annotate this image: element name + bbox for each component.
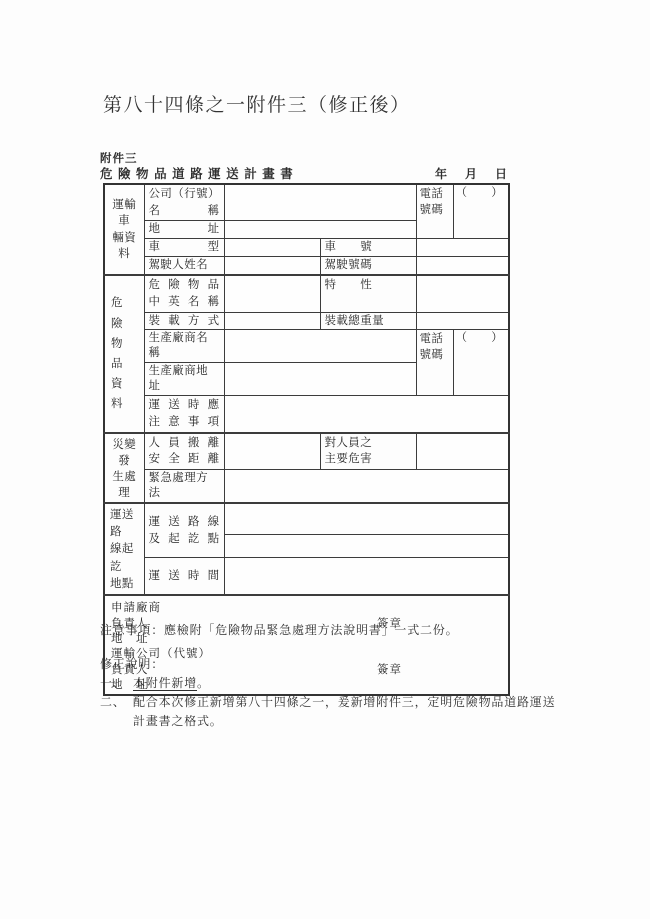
- seal-label-2: 簽章: [377, 663, 402, 678]
- cell-driver-name-value: [224, 257, 320, 275]
- date-placeholder: 年 月 日: [435, 165, 510, 182]
- amendment-heading: 修正說明：: [100, 655, 164, 672]
- footer-note: 注意事項：應檢附「危險物品緊急處理方法說明書」一式二份。: [100, 621, 458, 638]
- cell-evacuation-value: [224, 433, 320, 470]
- amendment-item-2: 二、 配合本次修正新增第八十四條之一，爰新增附件三，定明危險物品道路運送 計畫書…: [100, 693, 555, 730]
- cell-main-hazard-value: [416, 433, 509, 470]
- form-header: 危 險 物 品 道 路 運 送 計 畫 書 年 月 日: [100, 164, 510, 182]
- cell-maker-address-label: 生產廠商地址: [144, 363, 224, 396]
- section-header-route: 運送路 線起訖 地點: [104, 503, 144, 595]
- cell-dg-name-value: [224, 275, 320, 312]
- cell-vehicle-no-value: [416, 239, 509, 257]
- cell-company-name-label: 公司（行號） 名 稱: [144, 184, 224, 221]
- cell-route-label: 運 送 路 線 及 起 訖 點: [144, 503, 224, 558]
- cell-address-value: [224, 221, 416, 239]
- cell-phone-value-2: （ ）: [453, 330, 509, 396]
- cell-transport-time-label: 運 送 時 間: [144, 558, 224, 595]
- cell-phone-label-2: 電話 號碼: [416, 330, 453, 396]
- scanned-form-page: 第八十四條之一附件三（修正後） 附件三 危 險 物 品 道 路 運 送 計 畫 …: [0, 0, 650, 919]
- cell-maker-name-label: 生產廠商名稱: [144, 330, 224, 363]
- section-header-disaster-handling: 災變發 生處理: [104, 433, 144, 503]
- cell-property-value: [416, 275, 509, 312]
- cell-transport-time-value: [224, 558, 509, 595]
- section-header-dangerous-goods: 危 險 物 品 資 料: [104, 275, 144, 432]
- cell-vehicle-no-label: 車 號: [320, 239, 416, 257]
- cell-evacuation-label: 人 員 搬 離 安 全 距 離: [144, 433, 224, 470]
- cell-main-hazard-label: 對人員之 主要危害: [320, 433, 416, 470]
- cell-loading-method-value: [224, 312, 320, 330]
- cell-loading-weight-value: [416, 312, 509, 330]
- transport-company-line: 運輸公司（代號）: [111, 647, 502, 662]
- cell-loading-weight-label: 裝載總重量: [320, 312, 416, 330]
- cell-driver-no-value: [416, 257, 509, 275]
- cell-address-label: 地 址: [144, 221, 224, 239]
- cell-transport-notes-value: [224, 396, 509, 433]
- cell-vehicle-type-label: 車 型: [144, 239, 224, 257]
- cell-property-label: 特 性: [320, 275, 416, 312]
- cell-vehicle-type-value: [224, 239, 320, 257]
- page-title: 第八十四條之一附件三（修正後）: [103, 90, 411, 117]
- cell-phone-value-1: （ ）: [453, 184, 509, 239]
- cell-transport-notes-label: 運 送 時 應 注 意 事 項: [144, 396, 224, 433]
- cell-phone-label-1: 電話 號碼: [416, 184, 453, 239]
- cell-company-name-value: [224, 184, 416, 221]
- section-header-vehicle-info: 運輸車 輛資料: [104, 184, 144, 275]
- cell-driver-no-label: 駕駛號碼: [320, 257, 416, 275]
- transport-plan-table: 運輸車 輛資料 公司（行號） 名 稱 電話 號碼 （ ） 地 址 車: [103, 183, 510, 696]
- cell-dg-name-label: 危 險 物 品 中 英 名 稱: [144, 275, 224, 312]
- cell-route-value-line1: [224, 503, 509, 535]
- amendment-item-1: 一、 本附件新增。: [100, 674, 210, 693]
- cell-emergency-method-value: [224, 469, 509, 502]
- cell-driver-name-label: 駕駛人姓名: [144, 257, 224, 275]
- cell-loading-method-label: 裝 載 方 式: [144, 312, 224, 330]
- cell-route-value-line2: [224, 535, 509, 558]
- cell-emergency-method-label: 緊急處理方法: [144, 469, 224, 502]
- applicant-line: 申請廠商: [111, 601, 502, 616]
- cell-maker-address-value: [224, 363, 416, 396]
- cell-maker-name-value: [224, 330, 416, 363]
- form-title: 危 險 物 品 道 路 運 送 計 畫 書: [100, 164, 294, 182]
